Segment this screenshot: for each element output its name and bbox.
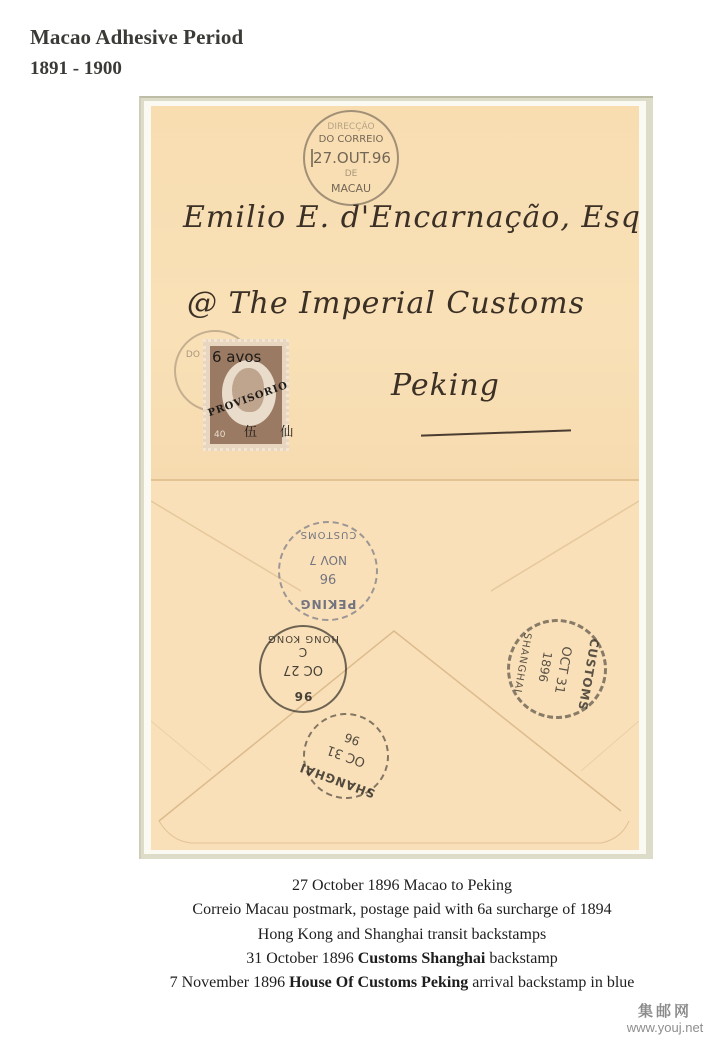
backstamp-date: NOV 7 [280, 553, 376, 567]
period-subtitle: 1891 - 1900 [30, 58, 122, 80]
stamp-chinese-surcharge: 伍 仙 [244, 421, 303, 440]
site-watermark: 集邮网 www.youj.net [610, 1000, 720, 1035]
caption-line-1: 27 October 1896 Macao to Peking [100, 874, 704, 898]
address-line-1: Emilio E. d'Encarnação, Esq. [183, 200, 639, 235]
caption-text: 7 November 1896 [170, 974, 290, 991]
envelope-back: PEKING 96 NOV 7 CUSTOMS 96 OC 27 C HONG … [151, 481, 639, 850]
page-title: Macao Adhesive Period [30, 25, 243, 50]
watermark-url: www.youj.net [610, 1020, 720, 1035]
stamp-original-value: 40 [214, 430, 225, 440]
caption-text: backstamp [485, 950, 557, 967]
backstamp-date: 96 [280, 570, 376, 585]
backstamp-text: PEKING [280, 597, 376, 611]
exhibit-caption: 27 October 1896 Macao to Peking Correio … [100, 874, 704, 995]
caption-text: arrival backstamp in blue [468, 974, 634, 991]
backstamp-peking: PEKING 96 NOV 7 CUSTOMS [278, 521, 378, 621]
postmark-line: DIRECÇÃO [305, 122, 397, 132]
caption-line-4: 31 October 1896 Customs Shanghai backsta… [100, 947, 704, 971]
caption-line-3: Hong Kong and Shanghai transit backstamp… [100, 923, 704, 947]
caption-emphasis: House Of Customs Peking [289, 974, 468, 991]
postmark-line: DO CORREIO [305, 134, 397, 145]
backstamp-text: HONG KONG [261, 633, 345, 644]
caption-line-5: 7 November 1896 House Of Customs Peking … [100, 971, 704, 995]
backstamp-text: C [261, 645, 345, 659]
envelope-image: DIRECÇÃO DO CORREIO 27.OUT.96 DE MACAU D… [151, 106, 639, 850]
backstamp-hong-kong: 96 OC 27 C HONG KONG [259, 625, 347, 713]
stamp-design: 6 avos PROVISORIO 伍 仙 40 [210, 346, 282, 444]
caption-line-2: Correio Macau postmark, postage paid wit… [100, 898, 704, 922]
postmark-date: 27.OUT.96 [311, 149, 391, 167]
macao-postmark: DIRECÇÃO DO CORREIO 27.OUT.96 DE MACAU [303, 110, 399, 206]
postmark-line: DE [305, 169, 397, 179]
backstamp-date: OC 27 [261, 662, 345, 677]
address-underline [421, 429, 571, 436]
caption-emphasis: Customs Shanghai [358, 950, 486, 967]
stamp-surcharge: 6 avos [212, 348, 261, 366]
address-line-2: @ The Imperial Customs [187, 286, 585, 321]
postage-stamp: 6 avos PROVISORIO 伍 仙 40 [203, 339, 289, 451]
address-line-3: Peking [391, 368, 500, 403]
backstamp-text: 96 [261, 689, 345, 703]
watermark-chinese: 集邮网 [610, 1000, 720, 1021]
backstamp-text: CUSTOMS [280, 529, 376, 540]
envelope-front: DIRECÇÃO DO CORREIO 27.OUT.96 DE MACAU D… [151, 106, 639, 480]
caption-text: 31 October 1896 [246, 950, 358, 967]
postmark-line: MACAU [305, 182, 397, 195]
